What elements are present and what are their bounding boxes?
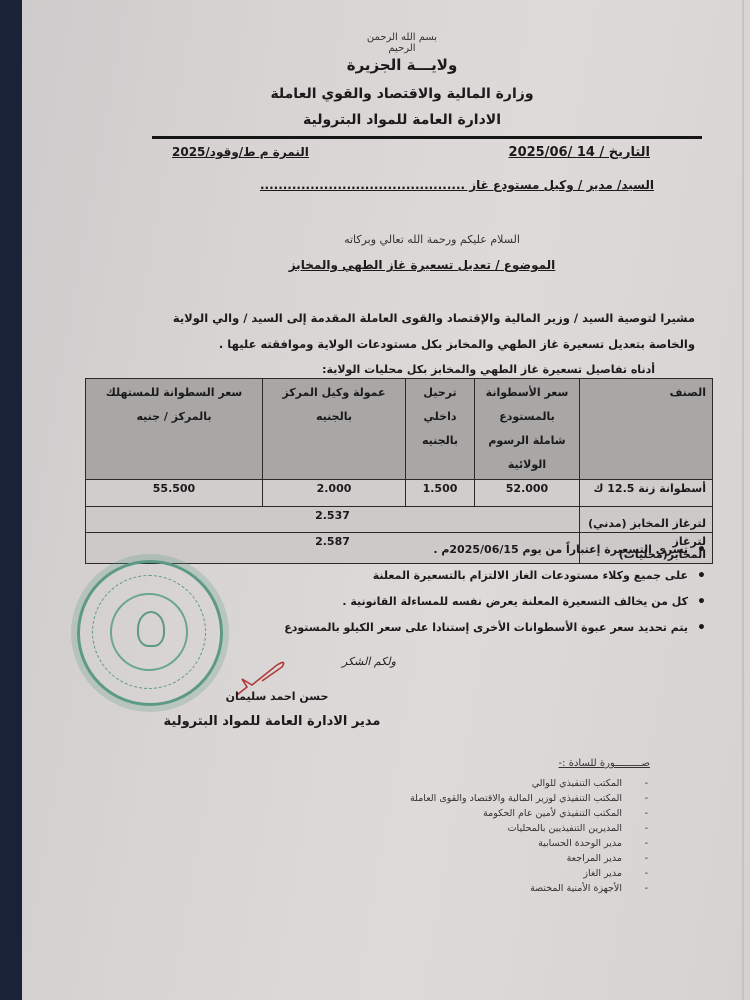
copy-recipient: مدير المراجعة <box>312 851 652 866</box>
copies-list: المكتب التنفيذي للوالي المكتب التنفيذي ل… <box>312 776 652 896</box>
header-consumer-price: سعر السطوانة للمستهلك بالمركز / جنيه <box>86 379 263 480</box>
document-date: التاريخ / 14 /2025/06 <box>509 145 650 160</box>
copy-recipient: الأجهزة الأمنية المختصة <box>312 881 652 896</box>
cell-depot-price: 52.000 <box>475 480 580 507</box>
copy-recipient: المكتب التنفيذي للوالي <box>312 776 652 791</box>
note-item: يتم تحديد سعر عبوة الأسطوانات الأخرى إست… <box>190 618 710 644</box>
cell-commission: 2.000 <box>263 480 406 507</box>
cell-consumer-price: 55.500 <box>86 480 263 507</box>
cell-price: 2.537 <box>86 507 580 533</box>
copy-recipient: المكتب التنفيذي لوزير المالية والاقتصاد … <box>312 791 652 806</box>
header-item: الصنف <box>580 379 713 480</box>
official-stamp-icon <box>77 560 223 706</box>
closing-thanks: ولكم الشكر <box>342 655 396 668</box>
copy-recipient: مدير الغاز <box>312 866 652 881</box>
body-line-2: والخاصة بتعديل تسعيرة غاز الطهي والمخابز… <box>85 331 695 357</box>
table-row: لترغاز المخابز (مدني) 2.537 <box>86 507 713 533</box>
note-item: كل من يخالف التسعيرة المعلنة يعرض نفسه ل… <box>190 592 710 618</box>
header-divider <box>152 136 702 139</box>
header-depot-price: سعر الأسطوانة بالمستودع شاملة الرسوم الو… <box>475 379 580 480</box>
cell-item: أسطوانة زنة 12.5 ك <box>580 480 713 507</box>
note-item: على جميع وكلاء مستودعات الغاز الالتزام ب… <box>190 566 710 592</box>
page-edge <box>742 0 744 1000</box>
greeting: السلام عليكم ورحمة الله تعالي وبركاته <box>302 233 562 246</box>
state-title: ولايـــة الجزيرة <box>272 56 532 74</box>
copy-recipient: مدير الوحدة الحسابية <box>312 836 652 851</box>
price-table: الصنف سعر الأسطوانة بالمستودع شاملة الرس… <box>85 378 713 564</box>
signatory-name: حسن احمد سليمان <box>202 690 352 703</box>
document-page: بسم الله الرحمن الرحيم ولايـــة الجزيرة … <box>22 0 750 1000</box>
reference-number: النمرة م ط/وقود/2025 <box>172 145 309 159</box>
table-row: أسطوانة زنة 12.5 ك 52.000 1.500 2.000 55… <box>86 480 713 507</box>
notes-list: تسري التسعيرة إعتباراً من يوم 2025/06/15… <box>190 540 710 644</box>
signatory-title: مدير الادارة العامة للمواد البترولية <box>147 714 397 729</box>
copy-recipient: المديرين التنفيذيين بالمحليات <box>312 821 652 836</box>
copies-title: صـــــــــورة للسادة :- <box>559 758 650 769</box>
body-paragraph: مشيرا لتوصية السيد / وزير المالية والإقت… <box>85 305 695 383</box>
header-transport: ترحيل داخلي بالجنيه <box>406 379 475 480</box>
ministry-title: وزارة المالية والاقتصاد والقوي العاملة <box>222 86 582 102</box>
subject-line: الموضوع / تعديل تسعيرة غاز الطهي والمخاب… <box>272 258 572 272</box>
header-commission: عمولة وكيل المركز بالجنيه <box>263 379 406 480</box>
body-line-1: مشيرا لتوصية السيد / وزير المالية والإقت… <box>85 305 695 331</box>
copy-recipient: المكتب التنفيذي لأمين عام الحكومة <box>312 806 652 821</box>
bismillah: بسم الله الرحمن الرحيم <box>352 32 452 54</box>
cell-transport: 1.500 <box>406 480 475 507</box>
cell-item: لترغاز المخابز (مدني) <box>580 507 713 533</box>
note-item: تسري التسعيرة إعتباراً من يوم 2025/06/15… <box>190 540 710 566</box>
recipient-line: السيد/ مدير / وكيل مستودع غاز ..........… <box>260 178 654 192</box>
table-header-row: الصنف سعر الأسطوانة بالمستودع شاملة الرس… <box>86 379 713 480</box>
department-title: الادارة العامة للمواد البترولية <box>222 112 582 128</box>
